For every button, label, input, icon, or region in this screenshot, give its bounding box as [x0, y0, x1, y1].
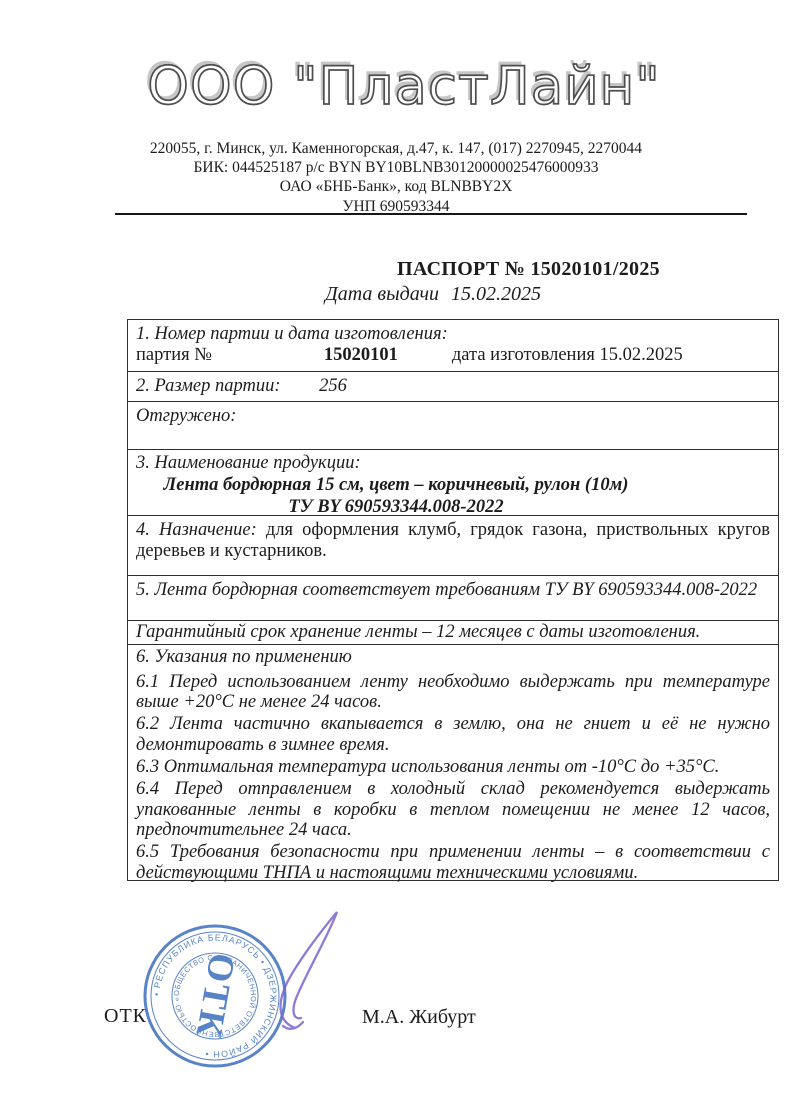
- purpose-label: 4. Назначение:: [136, 520, 257, 540]
- instruction-item: 6.2 Лента частично вкапывается в землю, …: [136, 714, 770, 755]
- issue-date-value: 15.02.2025: [451, 283, 541, 305]
- shipped-label: Отгружено:: [136, 406, 236, 426]
- passport-title: ПАСПОРТ № 15020101/2025: [397, 258, 660, 281]
- batch-number-value: 15020101: [324, 345, 398, 366]
- table-row-batch: 1. Номер партии и дата изготовления: пар…: [128, 320, 778, 372]
- signature-stroke: [281, 912, 338, 1028]
- address-line: 220055, г. Минск, ул. Каменногорская, д.…: [0, 139, 792, 158]
- warranty-text: Гарантийный срок хранение ленты – 12 мес…: [136, 622, 700, 642]
- batch-size-value: 256: [319, 376, 347, 396]
- manufacture-date: дата изготовления 15.02.2025: [452, 345, 683, 366]
- company-address-block: 220055, г. Минск, ул. Каменногорская, д.…: [0, 139, 792, 216]
- table-row-warranty: Гарантийный срок хранение ленты – 12 мес…: [128, 621, 778, 645]
- otk-label: ОТК: [104, 1005, 147, 1028]
- compliance-text: 5. Лента бордюрная соответствует требова…: [136, 580, 770, 601]
- table-row-shipped: Отгружено:: [128, 402, 778, 450]
- address-line: ОАО «БНБ-Банк», код BLNBBY2X: [0, 177, 792, 196]
- product-row-label: 3. Наименование продукции:: [136, 453, 770, 474]
- instruction-item: 6.3 Оптимальная температура использовани…: [136, 757, 770, 778]
- instruction-item: 6.5 Требования безопасности при применен…: [136, 842, 770, 883]
- batch-row-label: 1. Номер партии и дата изготовления:: [136, 324, 770, 345]
- instructions-heading: 6. Указания по применению: [136, 647, 770, 668]
- batch-size-label: 2. Размер партии:: [136, 376, 281, 396]
- signer-name: М.А. Жибурт: [362, 1006, 476, 1029]
- table-row-purpose: 4. Назначение: для оформления клумб, гря…: [128, 516, 778, 576]
- table-row-product: 3. Наименование продукции: Лента бордюрн…: [128, 450, 778, 516]
- instruction-item: 6.1 Перед использованием ленту необходим…: [136, 672, 770, 713]
- passport-table: 1. Номер партии и дата изготовления: пар…: [127, 319, 779, 881]
- signature: [235, 900, 355, 1040]
- product-tu: ТУ BY 690593344.008-2022: [136, 497, 656, 519]
- product-name: Лента бордюрная 15 см, цвет – коричневый…: [136, 475, 656, 497]
- table-row-batch-size: 2. Размер партии: 256: [128, 372, 778, 402]
- address-line: БИК: 044525187 р/с BYN BY10BLNB301200000…: [0, 158, 792, 177]
- table-row-compliance: 5. Лента бордюрная соответствует требова…: [128, 576, 778, 621]
- instruction-item: 6.4 Перед отправлением в холодный склад …: [136, 779, 770, 841]
- issue-date-line: Дата выдачи15.02.2025: [325, 283, 541, 306]
- table-row-instructions: 6. Указания по применению 6.1 Перед испо…: [128, 645, 778, 880]
- document-page: ООО "ПластЛайн" 220055, г. Минск, ул. Ка…: [0, 0, 792, 1120]
- batch-number-label: партия №: [136, 345, 212, 366]
- header-divider: [115, 213, 747, 215]
- issue-date-label: Дата выдачи: [325, 283, 439, 305]
- company-logo: ООО "ПластЛайн": [8, 56, 792, 117]
